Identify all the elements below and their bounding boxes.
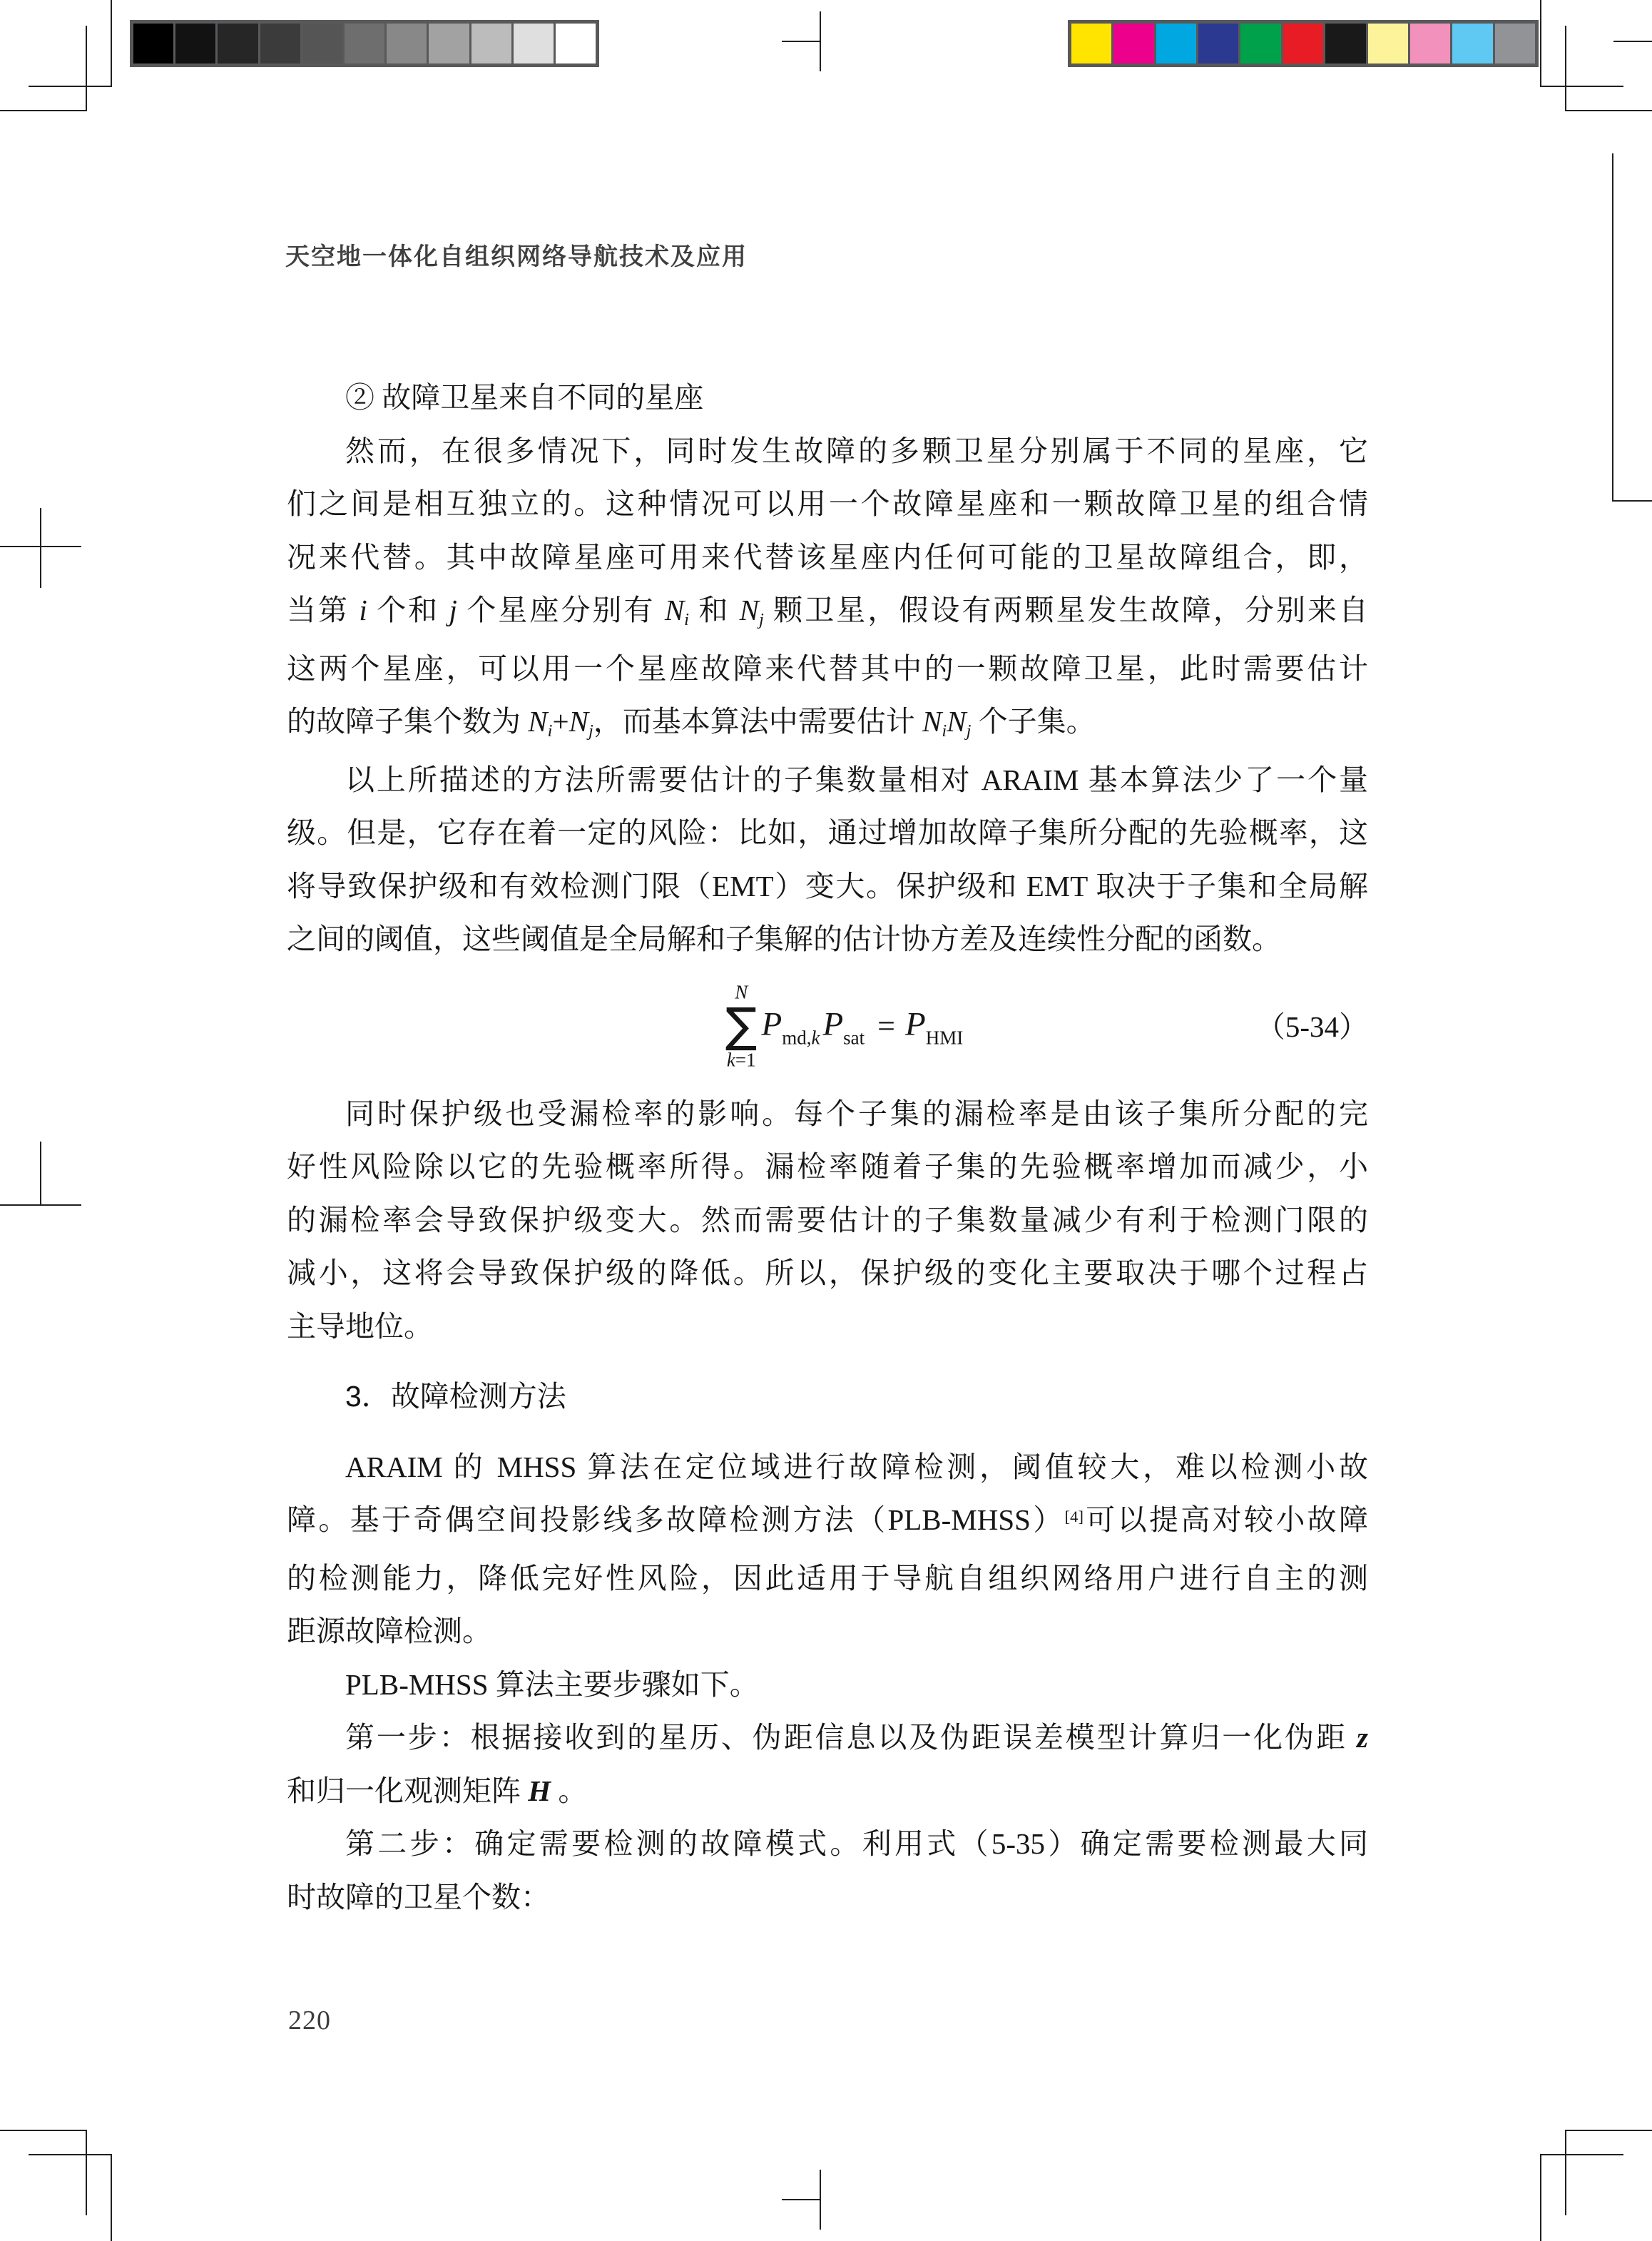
text-line: 的检测能力，降低完好性风险，因此适用于导航自组织网络用户进行自主的测	[287, 1552, 1368, 1605]
summation-symbol: N ∑ k=1	[725, 982, 757, 1070]
calibration-swatch	[302, 24, 342, 63]
crop-mark-bottom-right-outer-h	[1540, 2154, 1623, 2155]
equation-534: N ∑ k=1 Pmd,k Psat = PHMI （5-34）	[287, 966, 1368, 1087]
text-line: 的漏检率会导致保护级变大。然而需要估计的子集数量减少有利于检测门限的	[287, 1194, 1368, 1247]
fold-mark-right-h	[1612, 500, 1652, 502]
calibration-swatch	[1283, 24, 1323, 63]
crop-mark-top-right-outer-h	[1540, 86, 1623, 87]
calibration-swatch	[514, 24, 554, 63]
text-line: 距源故障检测。	[287, 1605, 1368, 1658]
page-number: 220	[288, 2005, 331, 2036]
text-line: 况来代替。其中故障星座可用来代替该星座内任何可能的卫星故障组合，即，	[287, 531, 1368, 584]
crop-mark-top-center-h	[782, 41, 821, 42]
text-line: 和归一化观测矩阵 H 。	[287, 1764, 1368, 1818]
text-line: 将导致保护级和有效检测门限（EMT）变大。保护级和 EMT 取决于子集和全局解	[287, 860, 1368, 913]
text-line: 当第 i 个和 j 个星座分别有 Ni 和 Nj 颗卫星，假设有两颗星发生故障，…	[287, 584, 1368, 642]
crop-mark-top-right-outer-v	[1540, 0, 1541, 87]
text-line: 第一步：根据接收到的星历、伪距信息以及伪距误差模型计算归一化伪距 z	[287, 1711, 1368, 1764]
text-line: 好性风险除以它的先验概率所得。漏检率随着子集的先验概率增加而减少，小	[287, 1140, 1368, 1194]
text-line: 之间的阈值，这些阈值是全局解和子集解的估计协方差及连续性分配的函数。	[287, 913, 1368, 966]
text-line: 第二步：确定需要检测的故障模式。利用式（5-35）确定需要检测最大同	[287, 1817, 1368, 1871]
calibration-swatch	[471, 24, 511, 63]
calibration-swatch	[1452, 24, 1492, 63]
text-line: 级。但是，它存在着一定的风险：比如，通过增加故障子集所分配的先验概率，这	[287, 806, 1368, 860]
text-line: 同时保护级也受漏检率的影响。每个子集的漏检率是由该子集所分配的完	[287, 1087, 1368, 1141]
page-body: ② 故障卫星来自不同的星座然而，在很多情况下，同时发生故障的多颗卫星分别属于不同…	[287, 371, 1368, 1924]
running-head: 天空地一体化自组织网络导航技术及应用	[285, 237, 748, 272]
text-line: 们之间是相互独立的。这种情况可以用一个故障星座和一颗故障卫星的组合情	[287, 477, 1368, 531]
crop-mark-bottom-center-h	[782, 2199, 821, 2200]
section-heading: 3．故障检测方法	[287, 1370, 1368, 1423]
crop-mark-bottom-left-outer-v	[111, 2154, 112, 2241]
color-calibration-bar	[1068, 20, 1539, 67]
text-line: ARAIM 的 MHSS 算法在定位域进行故障检测，阈值较大，难以检测小故	[287, 1440, 1368, 1494]
calibration-swatch	[260, 24, 300, 63]
calibration-swatch	[1198, 24, 1238, 63]
equals-sign: =	[877, 1000, 895, 1053]
text-line: 以上所描述的方法所需要估计的子集数量相对 ARAIM 基本算法少了一个量	[287, 753, 1368, 807]
fold-mark-left-lower-h	[0, 1204, 81, 1206]
book-page: 天空地一体化自组织网络导航技术及应用 ② 故障卫星来自不同的星座然而，在很多情况…	[0, 0, 1652, 2241]
crop-mark-bottom-left-inner-v	[86, 2130, 87, 2215]
body-lines-above-equation: ② 故障卫星来自不同的星座然而，在很多情况下，同时发生故障的多颗卫星分别属于不同…	[287, 371, 1368, 966]
text-line: 减小，这将会导致保护级的降低。所以，保护级的变化主要取决于哪个过程占	[287, 1246, 1368, 1300]
text-line: 然而，在很多情况下，同时发生故障的多颗卫星分别属于不同的星座，它	[287, 425, 1368, 478]
calibration-swatch	[1156, 24, 1196, 63]
calibration-swatch	[556, 24, 596, 63]
calibration-swatch	[1325, 24, 1365, 63]
crop-mark-bottom-left-outer-h	[29, 2154, 112, 2155]
calibration-swatch	[218, 24, 258, 63]
crop-mark-top-right-inner-h	[1565, 110, 1652, 111]
crop-mark-top-left-outer-h	[29, 86, 112, 87]
calibration-swatch	[175, 24, 215, 63]
fold-mark-left-v	[40, 508, 41, 588]
crop-mark-bottom-right-inner-v	[1565, 2130, 1566, 2215]
text-line: 障。基于奇偶空间投影线多故障检测方法（PLB-MHSS）[4]可以提高对较小故障	[287, 1493, 1368, 1552]
equation-term-pmdk: Pmd,k	[761, 997, 822, 1055]
equation-term-phmi: PHMI	[905, 997, 966, 1055]
calibration-swatch	[387, 24, 427, 63]
text-line: 这两个星座，可以用一个星座故障来代替其中的一颗故障卫星，此时需要估计	[287, 642, 1368, 696]
calibration-swatch	[429, 24, 469, 63]
calibration-swatch	[1368, 24, 1408, 63]
body-lines-below-equation: 同时保护级也受漏检率的影响。每个子集的漏检率是由该子集所分配的完好性风险除以它的…	[287, 1087, 1368, 1924]
equation-formula: N ∑ k=1 Pmd,k Psat = PHMI	[725, 982, 966, 1070]
calibration-swatch	[1410, 24, 1450, 63]
crop-mark-top-left-inner-v	[86, 26, 87, 111]
calibration-swatch	[1071, 24, 1111, 63]
crop-mark-top-right-inner-v	[1565, 26, 1566, 111]
text-line: PLB-MHSS 算法主要步骤如下。	[287, 1658, 1368, 1712]
equation-number: （5-34）	[1256, 1000, 1368, 1053]
grayscale-calibration-bar	[130, 20, 599, 67]
text-line: 主导地位。	[287, 1300, 1368, 1353]
fold-mark-right-v	[1612, 153, 1613, 502]
calibration-swatch	[133, 24, 173, 63]
calibration-swatch	[1495, 24, 1535, 63]
calibration-swatch	[1240, 24, 1280, 63]
crop-mark-top-left-inner-h	[0, 110, 87, 111]
text-line: ② 故障卫星来自不同的星座	[287, 371, 1368, 425]
calibration-swatch	[345, 24, 384, 63]
calibration-swatch	[1113, 24, 1153, 63]
text-line: 时故障的卫星个数：	[287, 1871, 1368, 1924]
text-line: 的故障子集个数为 Ni+Nj，而基本算法中需要估计 NiNj 个子集。	[287, 695, 1368, 753]
crop-mark-top-left-outer-v	[111, 0, 112, 87]
crop-mark-top-right-edge-h	[1613, 41, 1652, 42]
crop-mark-bottom-right-outer-v	[1540, 2154, 1541, 2241]
crop-mark-bottom-left-inner-h	[0, 2130, 87, 2131]
equation-term-psat: Psat	[822, 997, 867, 1055]
summation-lower-limit: k=1	[727, 1051, 756, 1070]
fold-mark-left-lower-v	[40, 1142, 41, 1206]
crop-mark-bottom-right-inner-h	[1565, 2130, 1652, 2131]
sigma-glyph: ∑	[725, 1004, 757, 1047]
